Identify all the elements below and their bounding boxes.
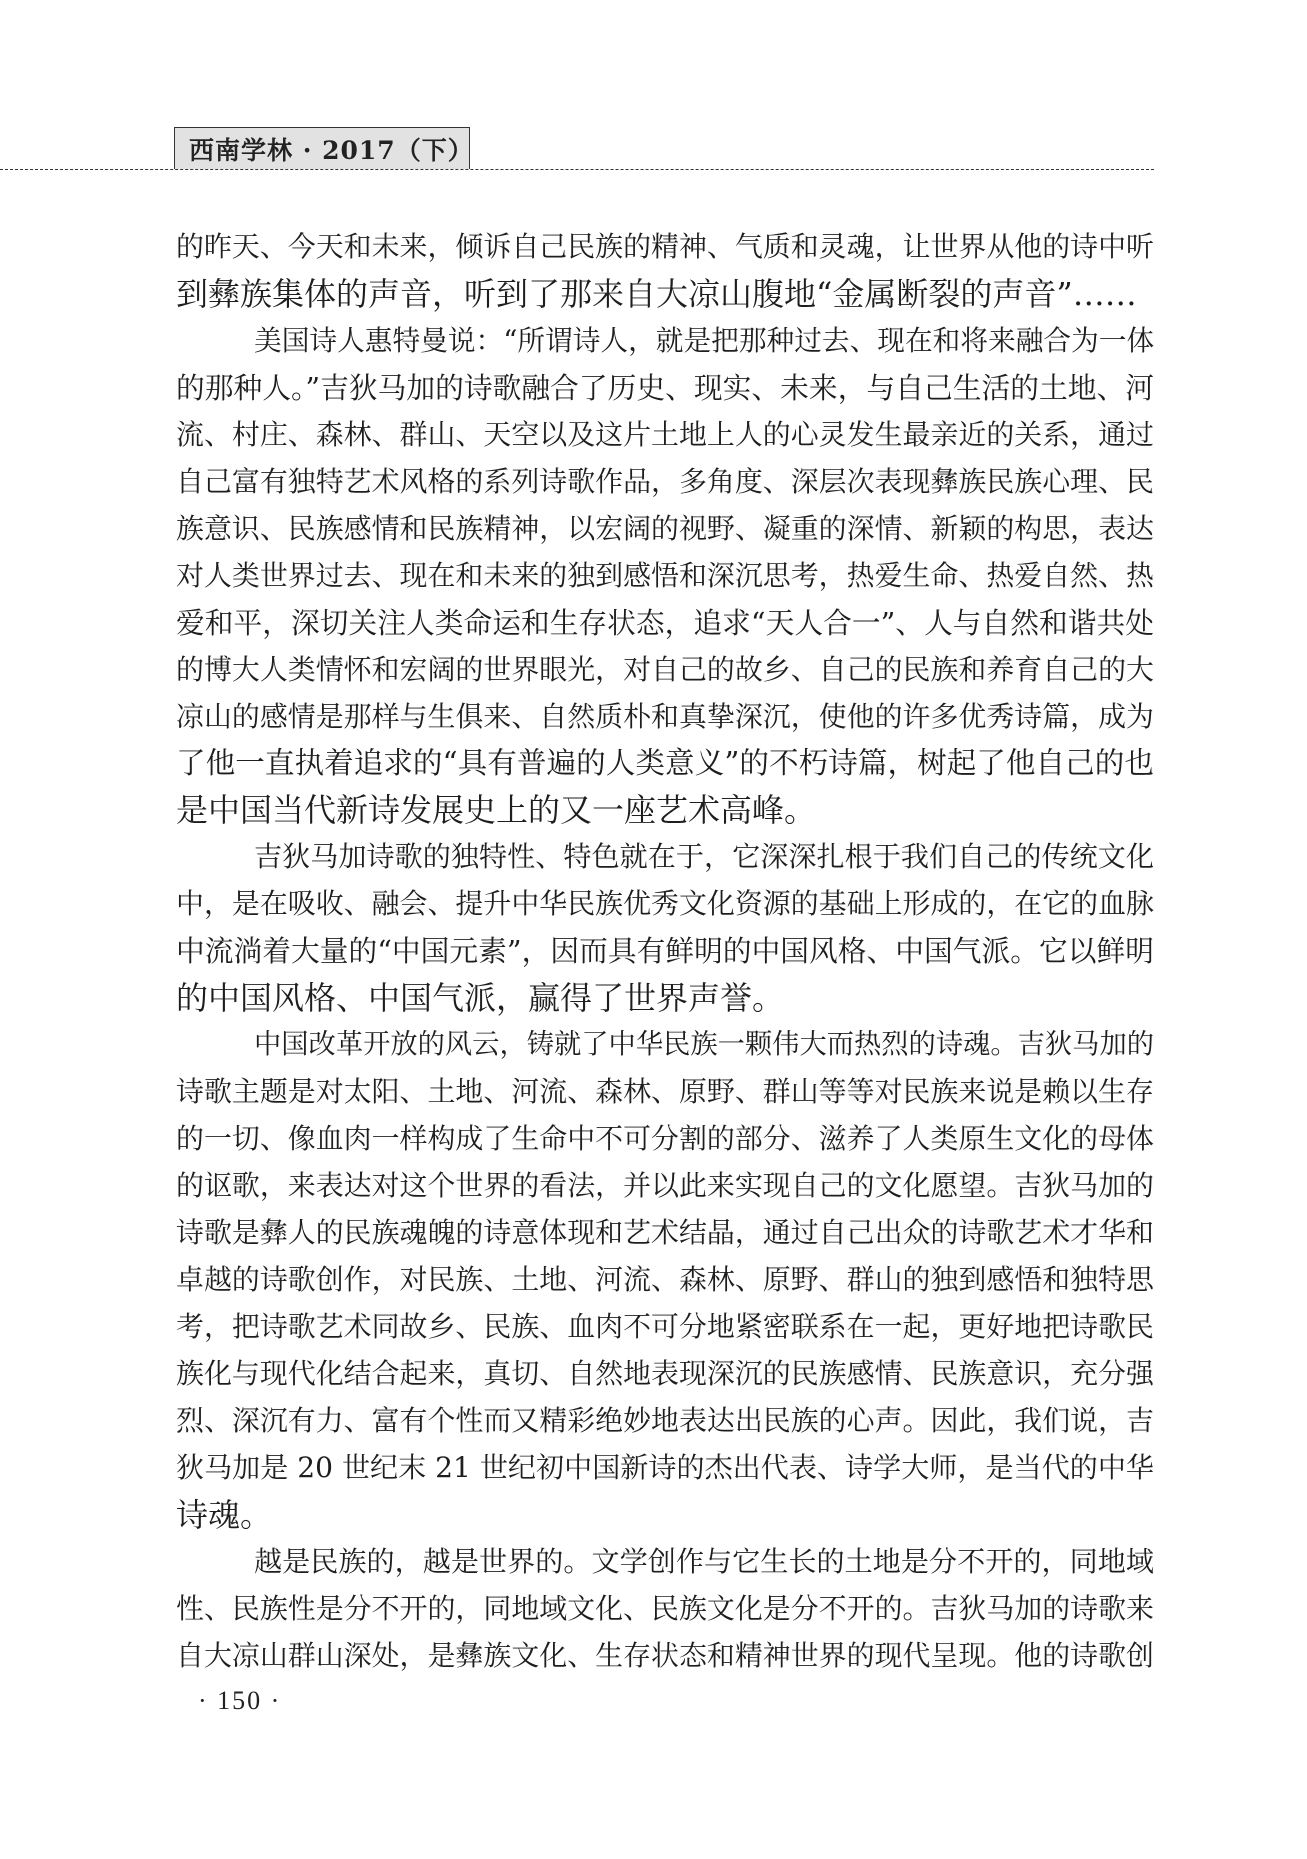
text-line: 族意识、民族感情和民族精神，以宏阔的视野、凝重的深情、新颖的构思，表达 bbox=[176, 506, 1154, 553]
text-line: 凉山的感情是那样与生俱来、自然质朴和真挚深沉，使他的许多优秀诗篇，成为 bbox=[176, 694, 1154, 741]
text-line: 流、村庄、森林、群山、天空以及这片土地上人的心灵发生最亲近的关系，通过 bbox=[176, 412, 1154, 459]
paragraph-first-line: 越是民族的，越是世界的。文学创作与它生长的土地是分不开的，同地域 bbox=[176, 1539, 1154, 1586]
text-line: 自己富有独特艺术风格的系列诗歌作品，多角度、深层次表现彝族民族心理、民 bbox=[176, 459, 1154, 506]
article-body: 的昨天、今天和未来，倾诉自己民族的精神、气质和灵魂，让世界从他的诗中听到彝族集体… bbox=[176, 224, 1154, 1680]
text-line: 族化与现代化结合起来，真切、自然地表现深沉的民族感情、民族意识，充分强 bbox=[176, 1351, 1154, 1398]
text-line: 性、民族性是分不开的，同地域文化、民族文化是分不开的。吉狄马加的诗歌来 bbox=[176, 1586, 1154, 1633]
text-line: 的那种人。”吉狄马加的诗歌融合了历史、现实、未来，与自己生活的土地、河 bbox=[176, 365, 1154, 412]
text-line: 诗歌是彝人的民族魂魄的诗意体现和艺术结晶，通过自己出众的诗歌艺术才华和 bbox=[176, 1210, 1154, 1257]
text-line: 的昨天、今天和未来，倾诉自己民族的精神、气质和灵魂，让世界从他的诗中听 bbox=[176, 224, 1154, 271]
running-header: 西南学林 · 2017（下） bbox=[174, 127, 470, 169]
text-line: 中流淌着大量的“中国元素”，因而具有鲜明的中国风格、中国气派。它以鲜明 bbox=[176, 928, 1154, 975]
text-line: 卓越的诗歌创作，对民族、土地、河流、森林、原野、群山的独到感悟和独特思 bbox=[176, 1257, 1154, 1304]
text-line: 了他一直执着追求的“具有普遍的人类意义”的不朽诗篇，树起了他自己的也 bbox=[176, 740, 1154, 787]
paragraph-first-line: 美国诗人惠特曼说：“所谓诗人，就是把那种过去、现在和将来融合为一体 bbox=[176, 318, 1154, 365]
text-line: 的一切、像血肉一样构成了生命中不可分割的部分、滋养了人类原生文化的母体 bbox=[176, 1116, 1154, 1163]
page-number: · 150 · bbox=[198, 1686, 281, 1716]
text-line: 烈、深沉有力、富有个性而又精彩绝妙地表达出民族的心声。因此，我们说，吉 bbox=[176, 1398, 1154, 1445]
header-dashed-rule bbox=[0, 169, 1154, 170]
text-line: 对人类世界过去、现在和未来的独到感悟和深沉思考，热爱生命、热爱自然、热 bbox=[176, 553, 1154, 600]
text-line: 诗歌主题是对太阳、土地、河流、森林、原野、群山等等对民族来说是赖以生存 bbox=[176, 1069, 1154, 1116]
paragraph-first-line: 吉狄马加诗歌的独特性、特色就在于，它深深扎根于我们自己的传统文化 bbox=[176, 834, 1154, 881]
journal-title: 西南学林 · 2017（下） bbox=[189, 131, 474, 167]
text-line: 是中国当代新诗发展史上的又一座艺术高峰。 bbox=[176, 787, 1154, 834]
paragraph-first-line: 中国改革开放的风云，铸就了中华民族一颗伟大而热烈的诗魂。吉狄马加的 bbox=[176, 1022, 1154, 1069]
text-line: 到彝族集体的声音，听到了那来自大凉山腹地“金属断裂的声音”…… bbox=[176, 271, 1154, 318]
text-line: 的博大人类情怀和宏阔的世界眼光，对自己的故乡、自己的民族和养育自己的大 bbox=[176, 647, 1154, 694]
text-line: 狄马加是 20 世纪末 21 世纪初中国新诗的杰出代表、诗学大师，是当代的中华 bbox=[176, 1445, 1154, 1492]
text-line: 的讴歌，来表达对这个世界的看法，并以此来实现自己的文化愿望。吉狄马加的 bbox=[176, 1163, 1154, 1210]
text-line: 诗魂。 bbox=[176, 1492, 1154, 1539]
text-line: 的中国风格、中国气派，赢得了世界声誉。 bbox=[176, 975, 1154, 1022]
text-line: 自大凉山群山深处，是彝族文化、生存状态和精神世界的现代呈现。他的诗歌创 bbox=[176, 1633, 1154, 1680]
text-line: 中，是在吸收、融会、提升中华民族优秀文化资源的基础上形成的，在它的血脉 bbox=[176, 881, 1154, 928]
text-line: 爱和平，深切关注人类命运和生存状态，追求“天人合一”、人与自然和谐共处 bbox=[176, 600, 1154, 647]
text-line: 考，把诗歌艺术同故乡、民族、血肉不可分地紧密联系在一起，更好地把诗歌民 bbox=[176, 1304, 1154, 1351]
